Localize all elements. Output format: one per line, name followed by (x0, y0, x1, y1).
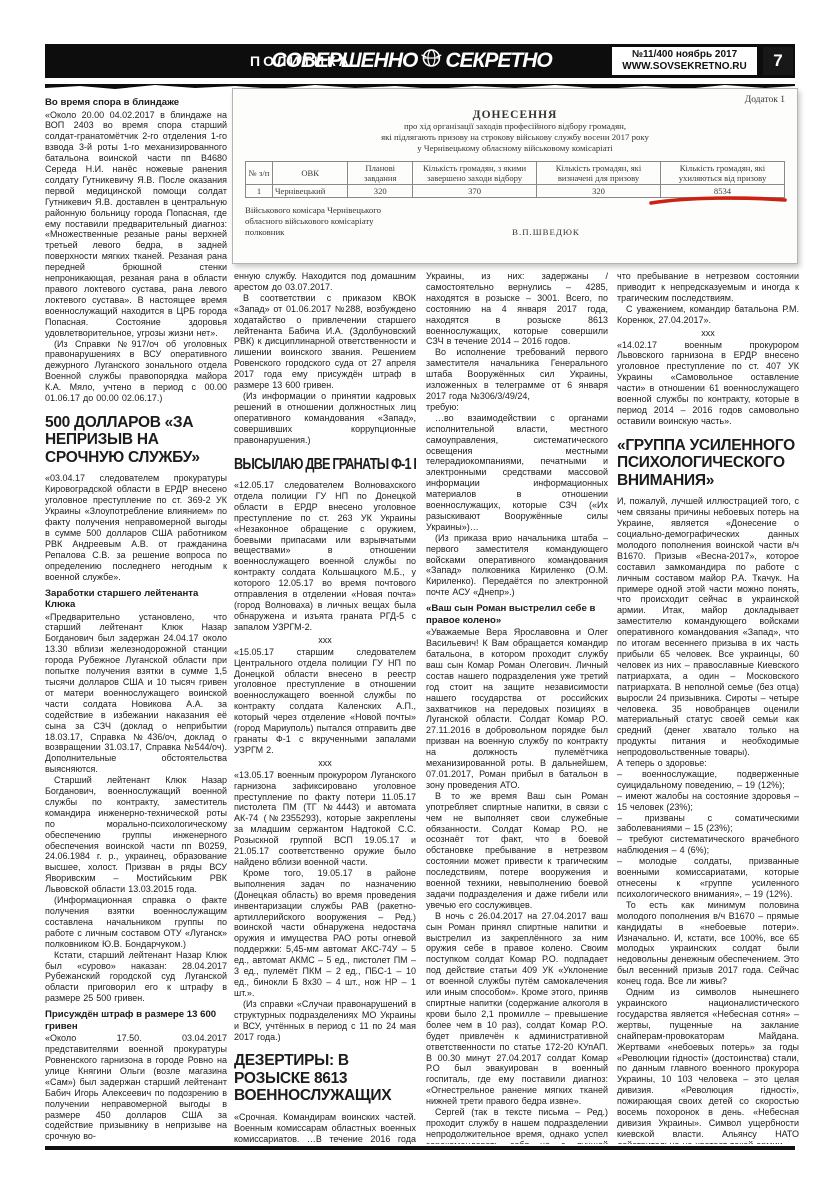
section-separator: ххх (234, 757, 416, 769)
article-paragraph: требую: (426, 402, 608, 413)
masthead-bar: ПОЛИТИКА СОВЕРШЕННО СЕКРЕТНО №11/400 ноя… (45, 44, 795, 78)
article-paragraph: – молодые солдаты, призванные военными к… (617, 856, 799, 900)
globe-icon (421, 48, 441, 74)
article-paragraph: То есть как минимум половина молодого по… (617, 900, 799, 987)
article-paragraph: Одним из символов нынешнего украинского … (617, 987, 799, 1144)
article-paragraph: В ночь с 26.04.2017 на 27.04.2017 ваш сы… (426, 911, 608, 1107)
article-paragraph: В соответствии с приказом КВОК «Запад» о… (234, 293, 416, 391)
article-headline: 500 ДОЛЛАРОВ «ЗА НЕПРИЗЫВ НА СРОЧНУЮ СЛУ… (45, 414, 227, 467)
article-column-1: Во время спора в блиндаже«Около 20.00 04… (45, 92, 227, 1144)
article-paragraph: Сергей (так в тексте письма – Ред.) прох… (426, 1107, 608, 1144)
article-paragraph: С уважением, командир батальона Р.М. Кор… (617, 304, 799, 326)
bottom-rule (45, 1146, 795, 1150)
annex-subtitle-line: про хід організації заходів професійного… (245, 121, 785, 132)
article-subhead: «Ваш сын Роман выстрелил себе в правое к… (426, 603, 608, 626)
article-paragraph: (Информационная справка о факте получени… (45, 895, 227, 950)
article-paragraph: «12.05.17 следователем Волновахского отд… (234, 480, 416, 633)
issue-number: №11/400 ноябрь 2017 (632, 49, 737, 61)
annex-td: 320 (348, 185, 413, 198)
article-paragraph: «03.04.17 следователем прокуратуры Киров… (45, 473, 227, 582)
annex-td-highlighted: 8534 (661, 185, 785, 198)
article-subhead: Заработки старшего лейтенанта Клюка (45, 588, 227, 611)
article-paragraph: енную службу. Находится под домашним аре… (234, 271, 416, 293)
annex-th: ОВК (272, 162, 347, 185)
article-paragraph: Украины, из них: задержаны / самостоятел… (426, 271, 608, 347)
signature-line: Військового комісара Чернівецького (245, 205, 580, 216)
logo-word-right: СЕКРЕТНО (445, 49, 551, 73)
annex-th: Кількість громадян, які ухиляються від п… (661, 162, 785, 185)
article-paragraph: Старший лейтенант Клюк Назар Богданович,… (45, 775, 227, 895)
article-paragraph: – требуют систематического врачебного на… (617, 834, 799, 856)
article-paragraph: – военнослужащие, подверженные суицидаль… (617, 769, 799, 791)
torn-edge-decoration (45, 78, 795, 85)
newspaper-logo: СОВЕРШЕННО СЕКРЕТНО (271, 44, 551, 78)
article-paragraph: «Около 17.50. 03.04.2017 представителями… (45, 1033, 227, 1142)
annex-table-data-row: 1 Чернівецький 320 370 320 8534 (246, 185, 785, 198)
article-subhead: Во время спора в блиндаже (45, 97, 227, 109)
section-separator: ххх (234, 634, 416, 646)
annex-td: Чернівецький (272, 185, 347, 198)
article-paragraph: А теперь о здоровье: (617, 758, 799, 769)
article-paragraph: В то же время Ваш сын Роман употребляет … (426, 791, 608, 911)
annex-subtitle-line: у Чернівецькому обласному військовому ко… (245, 143, 785, 154)
site-url: WWW.SOVSEKRETNO.RU (622, 61, 746, 73)
article-paragraph: «Уважаемые Вера Ярославовна и Олег Васил… (426, 627, 608, 791)
annex-subtitle-line: які підлягають призову на строкову війсь… (245, 132, 785, 143)
article-paragraph: Кстати, старший лейтенант Назар Клюк был… (45, 950, 227, 1005)
article-paragraph: (Из Справки №917/оч об уголовных правона… (45, 339, 227, 404)
article-paragraph: – призваны с соматическими заболеваниями… (617, 813, 799, 835)
red-pen-underline (649, 194, 789, 206)
article-paragraph: (Из приказа врио начальника штаба – перв… (426, 533, 608, 598)
annex-signature: Військового комісара Чернівецького облас… (245, 205, 580, 238)
article-column-4: что пребывание в нетрезвом состоянии при… (617, 271, 799, 1144)
article-subhead: Присуждён штраф в размере 13 600 гривен (45, 1009, 227, 1032)
article-headline: «ГРУППА УСИЛЕННОГО ПСИХОЛОГИЧЕСКОГО ВНИМ… (617, 437, 799, 490)
annex-document: Додаток 1 ДОНЕСЕННЯ про хід організації … (232, 88, 798, 264)
article-paragraph: что пребывание в нетрезвом состоянии при… (617, 271, 799, 304)
article-paragraph: Кроме того, 19.05.17 в районе выполнения… (234, 868, 416, 999)
section-separator: ххх (617, 327, 799, 339)
article-paragraph: …во взаимодействии с органами исполнител… (426, 413, 608, 533)
article-paragraph: (Из справки «Случаи правонарушений в стр… (234, 999, 416, 1043)
signature-rank: полковник (245, 227, 284, 238)
annex-label: Додаток 1 (245, 95, 785, 105)
annex-title: ДОНЕСЕННЯ (245, 109, 785, 121)
article-paragraph: «Предварительно установлено, что старший… (45, 612, 227, 776)
signature-line: обласного військового комісаріату (245, 216, 580, 227)
annex-td: 1 (246, 185, 273, 198)
article-paragraph: (Из информации о принятии кадровых решен… (234, 391, 416, 446)
annex-table: № з/п ОВК Планові завдання Кількість гро… (245, 161, 785, 198)
annex-th: Планові завдання (348, 162, 413, 185)
annex-table-header-row: № з/п ОВК Планові завдання Кількість гро… (246, 162, 785, 185)
annex-th: № з/п (246, 162, 273, 185)
article-column-3: Украины, из них: задержаны / самостоятел… (426, 271, 608, 1144)
article-paragraph: «14.02.17 военным прокурором Львовского … (617, 340, 799, 427)
newspaper-page: ПОЛИТИКА СОВЕРШЕННО СЕКРЕТНО №11/400 ноя… (0, 0, 826, 1200)
signature-name: В.П.ШВЕДЮК (512, 227, 580, 238)
article-headline: ВЫСЫЛАЮ ДВЕ ГРАНАТЫ Ф-1 ПО ПОЧТЕ (234, 456, 383, 474)
article-paragraph: «15.05.17 старшим следователем Центральн… (234, 647, 416, 756)
annex-th: Кількість громадян, з якими завершено за… (413, 162, 537, 185)
article-paragraph: – имеют жалобы на состояние здоровья – 1… (617, 791, 799, 813)
article-column-2: енную службу. Находится под домашним аре… (234, 271, 416, 1144)
article-paragraph: «Срочная. Командирам воинских частей. Во… (234, 1112, 416, 1144)
article-paragraph: «13.05.17 военным прокурором Луганского … (234, 770, 416, 868)
article-paragraph: И, пожалуй, лучшей иллюстрацией того, с … (617, 496, 799, 758)
annex-td: 320 (537, 185, 661, 198)
article-paragraph: «Около 20.00 04.02.2017 в блиндаже на ВО… (45, 110, 227, 339)
logo-word-left: СОВЕРШЕННО (271, 49, 417, 73)
article-headline: ДЕЗЕРТИРЫ: В РОЗЫСКЕ 8613 ВОЕННОСЛУЖАЩИХ (234, 1052, 416, 1105)
article-paragraph: Во исполнение требований первого замести… (426, 347, 608, 402)
annex-th: Кількість громадян, які визначені для пр… (537, 162, 661, 185)
page-number: 7 (763, 47, 793, 75)
issue-box: №11/400 ноябрь 2017 WWW.SOVSEKRETNO.RU (612, 47, 757, 75)
annex-td: 370 (413, 185, 537, 198)
